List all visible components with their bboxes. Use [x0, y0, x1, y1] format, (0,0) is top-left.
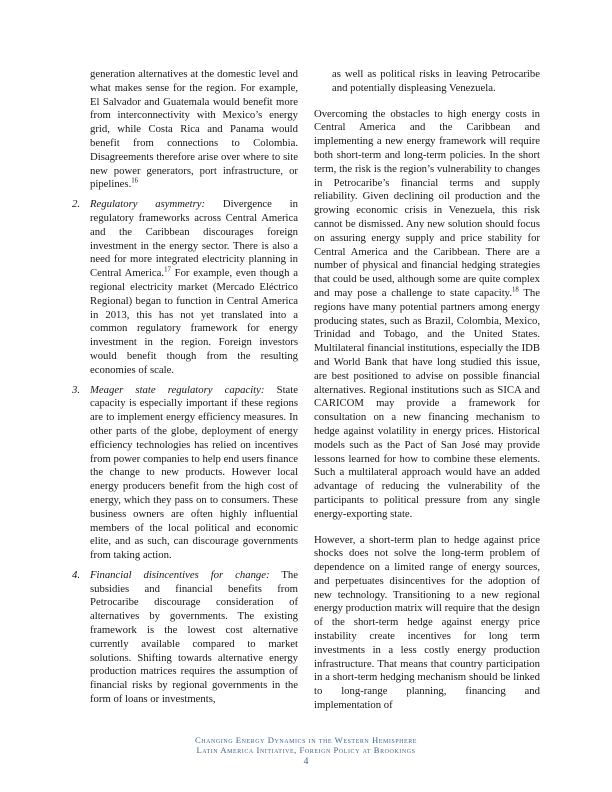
- list-item-2: 2. Regulatory asymmetry: Divergence in r…: [72, 198, 298, 377]
- list-item-3: 3. Meager state regulatory capacity: Sta…: [72, 384, 298, 563]
- paragraph-text: The regions have many potential partners…: [314, 287, 540, 520]
- footnote-ref-16: 16: [131, 178, 138, 185]
- item-lead-regulatory-asymmetry: Regulatory asymmetry:: [90, 198, 205, 210]
- list-number: 4.: [72, 569, 90, 707]
- footnote-ref-18: 18: [512, 286, 519, 293]
- paragraph-text: Overcoming the obstacles to high energy …: [314, 108, 540, 299]
- document-page: generation alternatives at the domestic …: [0, 0, 612, 792]
- item-lead-meager-state-capacity: Meager state regulatory capacity:: [90, 384, 264, 396]
- list-number: 2.: [72, 198, 90, 377]
- list-item-4: 4. Financial disincentives for change: T…: [72, 569, 298, 707]
- item-text: The subsidies and financial benefits fro…: [90, 569, 298, 705]
- paragraph-overcoming-obstacles: Overcoming the obstacles to high energy …: [314, 108, 540, 522]
- list-item-body: Meager state regulatory capacity: State …: [90, 384, 298, 563]
- continued-paragraph: as well as political risks in leaving Pe…: [332, 68, 540, 96]
- list-item-body: Financial disincentives for change: The …: [90, 569, 298, 707]
- item-text: For example, even though a regional elec…: [90, 267, 298, 376]
- list-item-body: Regulatory asymmetry: Divergence in regu…: [90, 198, 298, 377]
- list-number: 3.: [72, 384, 90, 563]
- item-text: State capacity is especially important i…: [90, 384, 298, 562]
- left-column: generation alternatives at the domestic …: [72, 68, 298, 707]
- paragraph-short-term-plan: However, a short-term plan to hedge agai…: [314, 534, 540, 713]
- paragraph-text: generation alternatives at the domestic …: [90, 68, 298, 190]
- continued-paragraph: generation alternatives at the domestic …: [90, 68, 298, 192]
- footer-report-title: Changing Energy Dynamics in the Western …: [0, 735, 612, 745]
- page-number: 4: [0, 757, 612, 767]
- right-column: as well as political risks in leaving Pe…: [314, 68, 540, 713]
- page-footer: Changing Energy Dynamics in the Western …: [0, 735, 612, 767]
- footer-program-name: Latin America Initiative, Foreign Policy…: [0, 745, 612, 755]
- footnote-ref-17: 17: [164, 267, 171, 274]
- item-lead-financial-disincentives: Financial disincentives for change:: [90, 569, 270, 581]
